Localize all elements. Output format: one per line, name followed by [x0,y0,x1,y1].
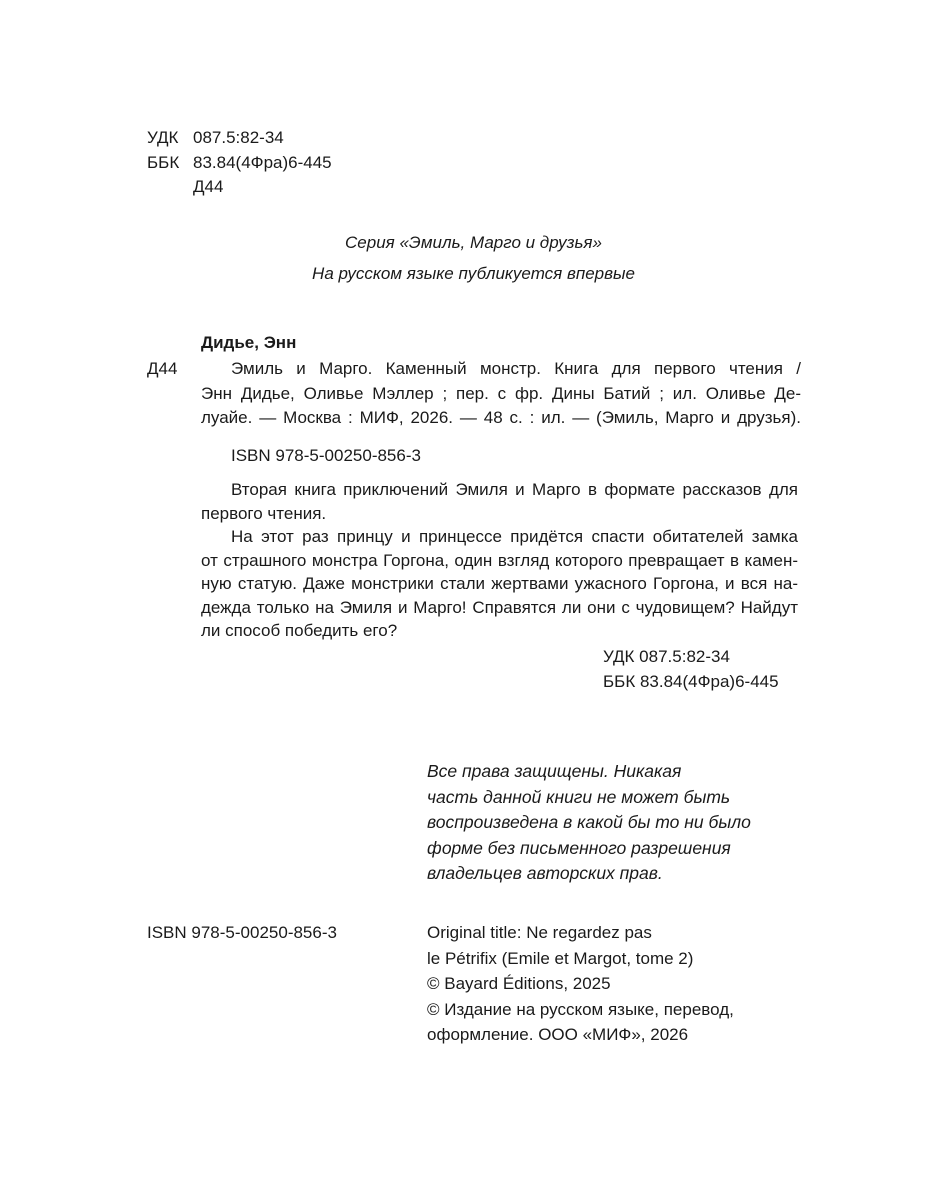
description-line: луайе. — Москва : МИФ, 2026. — 48 с. : и… [201,406,801,431]
original-title-line: Original title: Ne regardez pas [427,920,734,946]
first-publication-note: На русском языке публикуется впервые [312,264,635,283]
copyright-line: © Издание на русском языке, перевод, [427,997,734,1023]
isbn-bottom: ISBN 978-5-00250-856-3 [147,920,337,945]
bbk-label: ББК [147,151,193,176]
author-mark: Д44 [193,175,223,200]
rights-line: владельцев авторских прав. [427,861,751,887]
annotation-line: ли способ победить его? [201,619,798,643]
author-mark-row: Д44 [147,175,332,200]
rights-line: форме без письменного разрешения [427,836,751,862]
classification-block-bottom: УДК 087.5:82-34 ББК 83.84(4Фра)6-445 [603,644,779,694]
series-title: Серия «Эмиль, Марго и друзья» [345,233,602,252]
annotation-line: На этот раз принцу и принцессе придётся … [201,525,798,549]
classification-block-top: УДК 087.5:82-34 ББК 83.84(4Фра)6-445 Д44 [147,126,332,200]
rights-line: часть данной книги не может быть [427,785,751,811]
annotation-line: первого чтения. [201,502,798,526]
annotation-line: дежда только на Эмиля и Марго! Справятся… [201,596,798,620]
copyright-block: Original title: Ne regardez pas le Pétri… [427,920,734,1048]
rights-notice: Все права защищены. Никакая часть данной… [427,759,751,887]
cutter-mark: Д44 [147,357,177,381]
udk-label: УДК [147,126,193,151]
bbk-row: ББК 83.84(4Фра)6-445 [147,151,332,176]
annotation-line: Вторая книга приключений Эмиля и Марго в… [201,478,798,502]
bbk-value: 83.84(4Фра)6-445 [193,151,332,176]
udk-row: УДК 087.5:82-34 [147,126,332,151]
description-line: Эмиль и Марго. Каменный монстр. Книга дл… [201,357,801,382]
bbk-code: ББК 83.84(4Фра)6-445 [603,669,779,694]
original-title-line: le Pétrifix (Emile et Margot, tome 2) [427,946,734,972]
copyright-line: © Bayard Éditions, 2025 [427,971,734,997]
series-block: Серия «Эмиль, Марго и друзья» На русском… [0,227,945,289]
description-line: Энн Дидье, Оливье Мэллер ; пер. с фр. Ди… [201,382,801,407]
udk-code: УДК 087.5:82-34 [603,644,779,669]
author-heading: Дидье, Энн [201,331,296,355]
annotation-line: от страшного монстра Горгона, один взгля… [201,549,798,573]
isbn-record: ISBN 978-5-00250-856-3 [231,444,421,468]
annotation: Вторая книга приключений Эмиля и Марго в… [201,478,798,643]
bibliographic-description: Эмиль и Марго. Каменный монстр. Книга дл… [201,357,801,431]
rights-line: Все права защищены. Никакая [427,759,751,785]
rights-line: воспроизведена в какой бы то ни было [427,810,751,836]
annotation-line: ную статую. Даже монстрики стали жертвам… [201,572,798,596]
udk-value: 087.5:82-34 [193,126,284,151]
copyright-line: оформление. ООО «МИФ», 2026 [427,1022,734,1048]
